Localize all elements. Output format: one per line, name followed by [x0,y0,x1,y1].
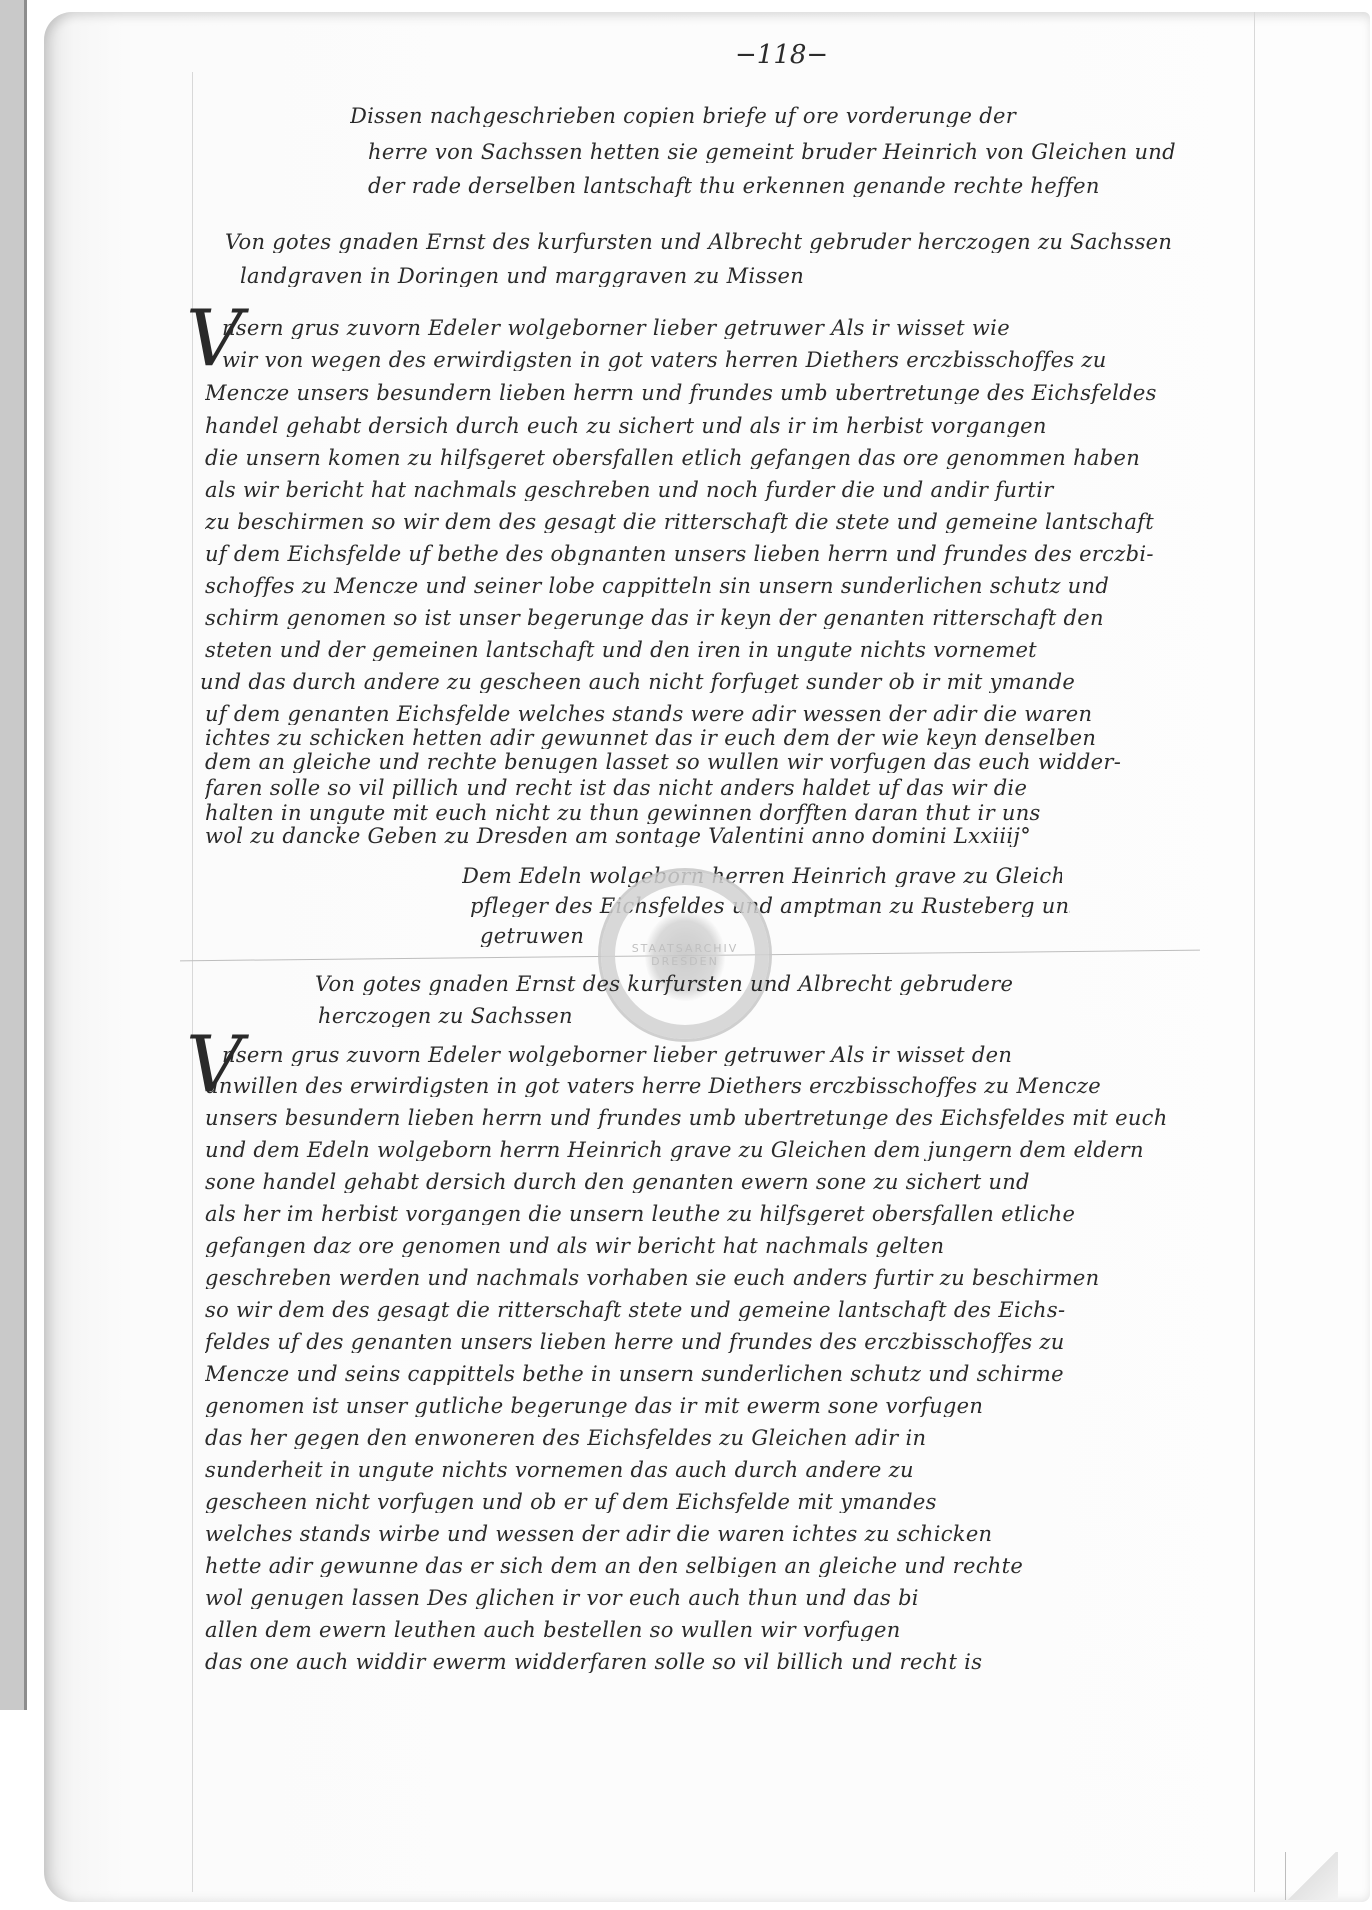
letter-line: unwillen des erwirdigsten in got vaters … [205,1076,1275,1097]
letter-line: gefangen daz ore genomen und als wir ber… [205,1236,1265,1257]
letter-line: steten und der gemeinen lantschaft und d… [205,640,1275,661]
heading-line: der rade derselben lantschaft thu erkenn… [368,176,1238,197]
letter-line: als wir bericht hat nachmals geschreben … [205,480,1275,501]
letter-line: sunderheit in ungute nichts vornemen das… [205,1460,1275,1481]
letter-line: handel gehabt dersich durch euch zu sich… [205,416,1265,437]
letter-line: welches stands wirbe und wessen der adir… [205,1524,1285,1545]
letter-line: schirm genomen so ist unser begerunge da… [205,608,1275,629]
letter-line: halten in ungute mit euch nicht zu thun … [205,803,1285,824]
letter-line: allen dem ewern leuthen auch bestellen s… [205,1620,1265,1641]
letter-line: gescheen nicht vorfugen und ob er uf dem… [205,1492,1275,1513]
letter-line: so wir dem des gesagt die ritterschaft s… [205,1300,1275,1321]
letter-line: unsers besundern lieben herrn und frunde… [205,1108,1275,1129]
letter-line: zu beschirmen so wir dem des gesagt die … [205,512,1275,533]
letter-line: sone handel gehabt dersich durch den gen… [205,1172,1275,1193]
letter-line: geschreben werden und nachmals vorhaben … [205,1268,1285,1289]
letter-line: uf dem genanten Eichsfelde welches stand… [205,704,1275,725]
scanner-background-strip [0,0,27,1710]
letter-line: als her im herbist vorgangen die unsern … [205,1204,1285,1225]
letter-line: wir von wegen des erwirdigsten in got va… [222,350,1252,371]
superscription-line: pfleger des Eichsfeldes und amptman zu R… [470,896,1070,917]
letter-line: dem an gleiche und rechte benugen lasset… [205,752,1285,773]
right-margin-ruling [1254,12,1255,1892]
letter-line: Mencze und seins cappittels bethe in uns… [205,1364,1275,1385]
letter-line: Mencze unsers besundern lieben herrn und… [205,383,1265,404]
heading-line: Dissen nachgeschrieben copien briefe uf … [350,106,1230,127]
letter-line: hette adir gewunne das er sich dem an de… [205,1556,1285,1577]
letter-line: nsern grus zuvorn Edeler wolgeborner lie… [222,1045,1262,1066]
address-line: landgraven in Doringen und marggraven zu… [240,266,940,287]
letter-line: nsern grus zuvorn Edeler wolgeborner lie… [222,318,1252,339]
address-line: Von gotes gnaden Ernst des kurfursten un… [225,232,1275,253]
heading-line: herre von Sachssen hetten sie gemeint br… [368,142,1238,163]
address-line: Von gotes gnaden Ernst des kurfursten un… [315,974,1065,995]
folio-number: −118− [735,40,828,70]
letter-line: das one auch widdir ewerm widderfaren so… [205,1652,1265,1673]
letter-line: wol zu dancke Geben zu Dresden am sontag… [205,826,1245,847]
letter-line: uf dem Eichsfelde uf bethe des obgnanten… [205,544,1265,565]
letter-line: das her gegen den enwoneren des Eichsfel… [205,1428,1285,1449]
letter-line: die unsern komen zu hilfsgeret obersfall… [205,448,1265,469]
letter-line: feldes uf des genanten unsers lieben her… [205,1332,1275,1353]
page-corner-curl [1285,1852,1338,1900]
letter-line: genomen ist unser gutliche begerunge das… [205,1396,1285,1417]
letter-line: und das durch andere zu gescheen auch ni… [200,672,1280,693]
letter-line: faren solle so vil pillich und recht ist… [205,778,1285,799]
letter-line: ichtes zu schicken hetten adir gewunnet … [205,728,1275,749]
address-line: herczogen zu Sachssen [318,1006,718,1027]
letter-line: schoffes zu Mencze und seiner lobe cappi… [205,576,1275,597]
letter-line: wol genugen lassen Des glichen ir vor eu… [205,1588,1275,1609]
letter-line: und dem Edeln wolgeborn herrn Heinrich g… [205,1140,1285,1161]
